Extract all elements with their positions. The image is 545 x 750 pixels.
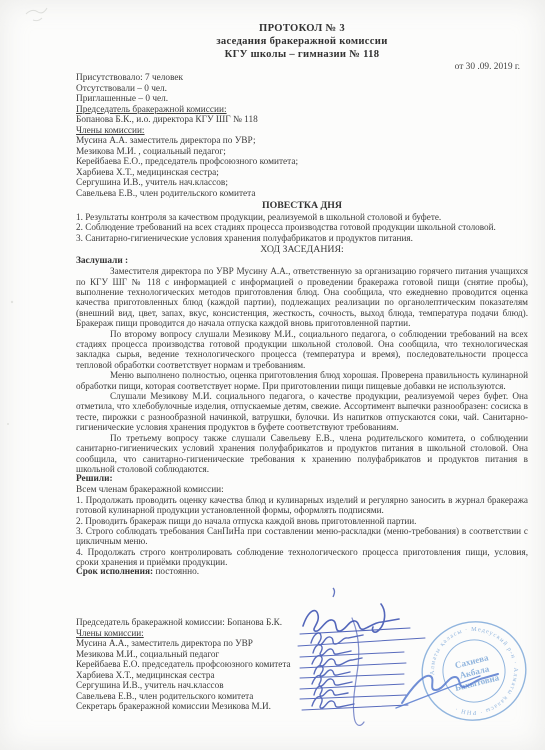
members-heading: Члены комиссии:: [76, 126, 528, 137]
decisions-intro: Всем членам бракеражной комиссии:: [76, 485, 528, 495]
deadline-label: Срок исполнения:: [76, 567, 153, 577]
body-paragraph: Слушали Мезикову М.И. социального педаго…: [76, 391, 528, 433]
member-item: Мезикова М.И. , социальный педагог;: [76, 147, 528, 158]
decision-item: 1. Продолжать проводить оценку качества …: [76, 495, 528, 516]
signature-chairman-line: Председатель бракеражной комиссии: Бопан…: [76, 617, 528, 628]
agenda-item: 2. Соблюдение требований на всех стадиях…: [76, 222, 528, 233]
decision-item: 2. Проводить бракераж пищи до начала отп…: [76, 516, 528, 526]
signature-line: Мезикова М.И., социальный педагог: [76, 649, 528, 660]
decision-item: 4. Продолжать строго контролировать собл…: [76, 547, 528, 568]
document-body: ПРОТОКОЛ № 3 заседания бракеражной комис…: [76, 22, 528, 578]
signature-members-heading: Члены комиссии:: [76, 628, 528, 639]
deadline-value: постоянно.: [153, 567, 199, 577]
attendance-absent: Отсутствовали – 0 чел.: [76, 84, 528, 95]
body-paragraph: Заместителя директора по УВР Мусину А.А.…: [76, 266, 528, 328]
body-paragraph: Меню выполнено полностью, оценка пригото…: [76, 370, 528, 391]
body-paragraph: По второму вопросу слушали Мезикову М.И.…: [76, 329, 528, 371]
decision-item: 3. Строго соблюдать требования СанПиНа п…: [76, 526, 528, 547]
page-title: ПРОТОКОЛ № 3: [76, 22, 528, 35]
member-item: Харбиева Х.Т., медицинская сестра;: [76, 168, 528, 179]
signature-line: Сергушина И.В., учитель нач.классов: [76, 680, 528, 691]
scanned-protocol-page: ПРОТОКОЛ № 3 заседания бракеражной комис…: [0, 0, 545, 750]
agenda-item: 3. Санитарно-гигиенические условия хране…: [76, 233, 528, 244]
agenda-heading: ПОВЕСТКА ДНЯ: [76, 200, 528, 212]
member-item: Сергушина И.В., учитель нач.классов;: [76, 178, 528, 189]
org-name: КГУ школы – гимназии № 118: [76, 48, 528, 61]
signature-line: Секретарь бракеражной комиссии Мезикова …: [76, 701, 528, 712]
signature-line: Савельева Е.В., член родительского комит…: [76, 691, 528, 702]
doc-date: от 30 .09. 2019 г.: [76, 61, 528, 73]
member-item: Савельева Е.В., член родительского комит…: [76, 189, 528, 200]
signature-line: Мусина А.А., заместитель директора по УВ…: [76, 638, 528, 649]
page-smudge: [7, 8, 47, 425]
chairman-name: Бопанова Б.К., и.о. директора КГУ ШГ № 1…: [76, 115, 528, 126]
meeting-subtitle: заседания бракеражной комиссии: [76, 35, 528, 48]
ink-mark: [333, 588, 335, 597]
agenda-item: 1. Результаты контроля за качеством прод…: [76, 212, 528, 223]
decided-label: Решили:: [76, 474, 528, 484]
proceedings-heading: ХОД ЗАСЕДАНИЯ:: [76, 244, 528, 256]
deadline-line: Срок исполнения: постоянно.: [76, 567, 528, 577]
heard-label: Заслушали :: [76, 256, 528, 266]
signature-line: Харбиева Х.Т., медицинская сестра: [76, 670, 528, 681]
member-item: Керейбаева Е.О., председатель профсоюзно…: [76, 157, 528, 168]
attendance-invited: Приглашенные – 0 чел.: [76, 94, 528, 105]
signature-line: Керейбаева Е.О. председатель профсоюзног…: [76, 659, 528, 670]
chairman-heading: Председатель бракеражной комиссии:: [76, 105, 528, 116]
member-item: Мусина А.А. заместитель директора по УВР…: [76, 136, 528, 147]
attendance-present: Присутствовало: 7 человек: [76, 73, 528, 84]
body-paragraph: По третьему вопросу также слушали Савель…: [76, 433, 528, 475]
signature-block: Председатель бракеражной комиссии: Бопан…: [76, 617, 528, 712]
